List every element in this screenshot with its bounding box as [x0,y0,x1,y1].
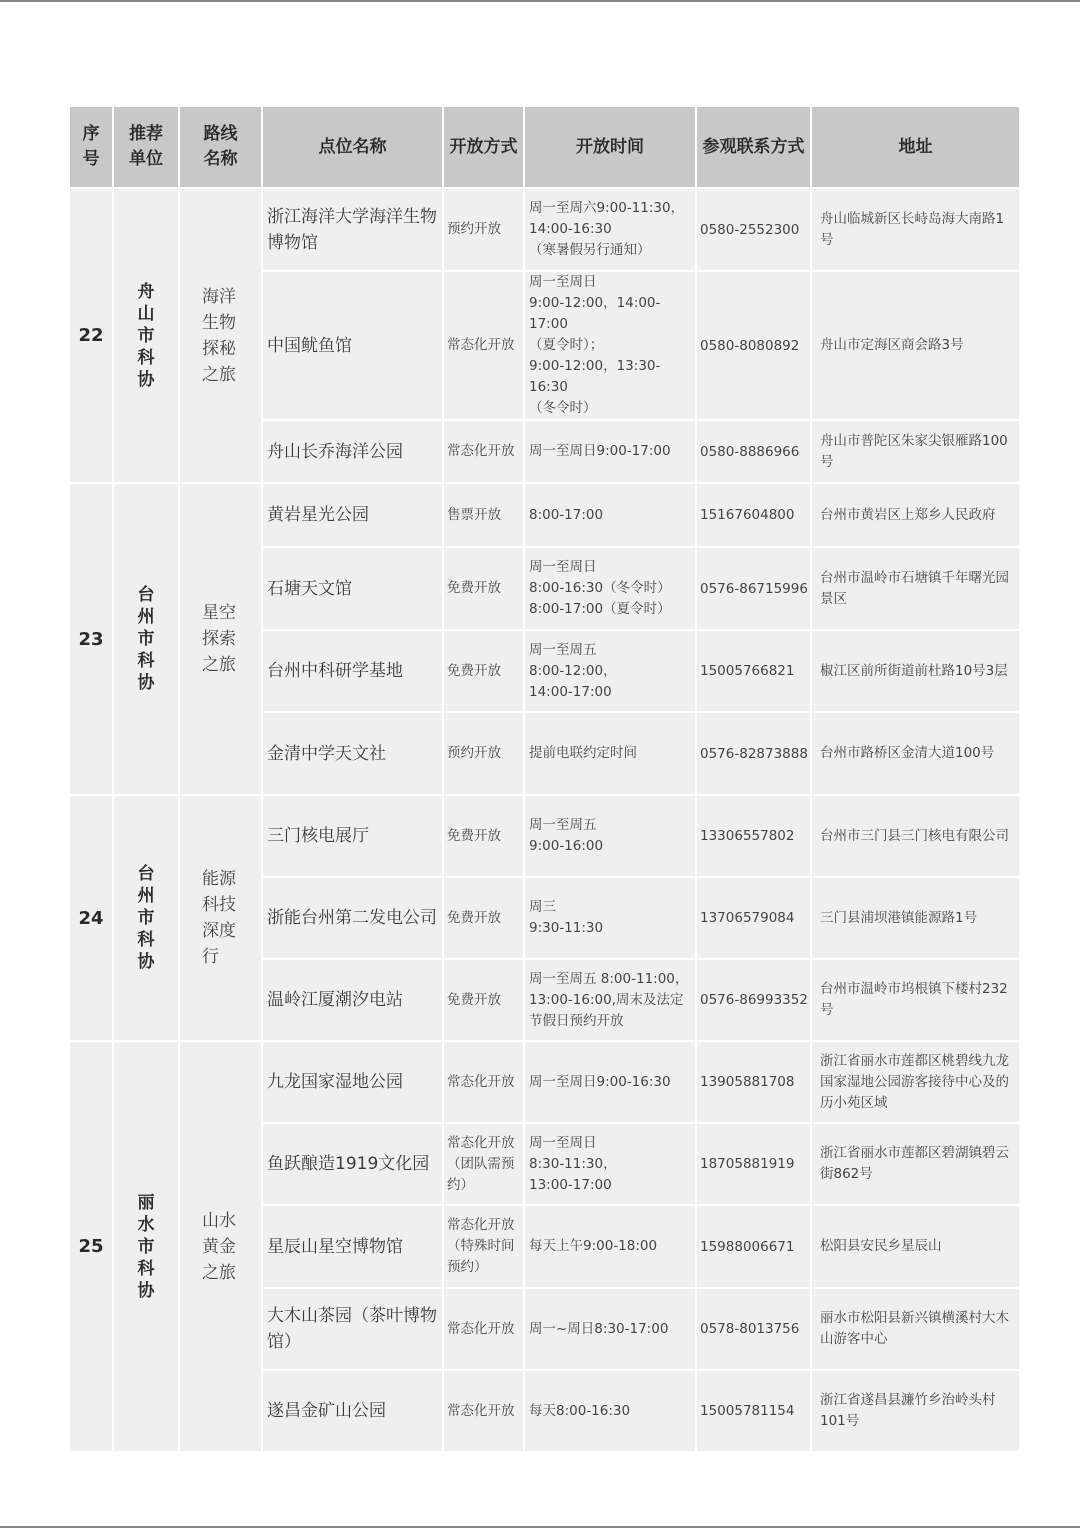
address: 浙江省丽水市莲都区桃碧线九龙国家湿地公园游客接待中心及的历小苑区域 [811,1041,1020,1123]
address: 舟山市普陀区朱家尖银雁路100号 [811,420,1020,483]
seq-cell: 24 [69,795,113,1041]
open-time: 周一至周五 8:00-12:00， 14:00-17:00 [524,630,696,712]
table-header-row: 序号 推荐单位 路线名称 点位名称 开放方式 开放时间 参观联系方式 地址 [69,106,1020,188]
route-cell: 海洋生物探秘之旅 [179,188,262,483]
seq-cell: 23 [69,483,113,795]
address: 三门县浦坝港镇能源路1号 [811,877,1020,959]
contact-phone: 15988006671 [696,1205,811,1288]
address: 台州市路桥区金清大道100号 [811,712,1020,795]
site-name: 大木山茶园（茶叶博物馆） [262,1288,443,1370]
open-mode: 常态化开放 [443,1041,524,1123]
open-time: 周一至周五 9:00-16:00 [524,795,696,877]
header-unit: 推荐单位 [113,106,179,188]
address: 松阳县安民乡星辰山 [811,1205,1020,1288]
open-mode: 预约开放 [443,712,524,795]
header-contact: 参观联系方式 [696,106,811,188]
site-name: 中国鱿鱼馆 [262,271,443,420]
site-name: 黄岩星光公园 [262,483,443,547]
open-time: 周一~周日8:30-17:00 [524,1288,696,1370]
address: 浙江省遂昌县濂竹乡治岭头村101号 [811,1370,1020,1452]
contact-phone: 13905881708 [696,1041,811,1123]
address: 椒江区前所街道前杜路10号3层 [811,630,1020,712]
open-mode: 常态化开放 [443,1288,524,1370]
route-cell: 星空探索之旅 [179,483,262,795]
contact-phone: 18705881919 [696,1123,811,1205]
address: 台州市温岭市坞根镇下楼村232号 [811,959,1020,1041]
header-site: 点位名称 [262,106,443,188]
open-mode: 免费开放 [443,795,524,877]
header-seq: 序号 [69,106,113,188]
open-time: 每天上午9:00-18:00 [524,1205,696,1288]
open-mode: 常态化开放 [443,271,524,420]
site-name: 石塘天文馆 [262,547,443,630]
contact-phone: 13306557802 [696,795,811,877]
open-mode: 常态化开放 [443,1370,524,1452]
site-name: 浙能台州第二发电公司 [262,877,443,959]
header-time: 开放时间 [524,106,696,188]
open-time: 周一至周日 9:00-12:00，14:00-17:00 （夏令时）； 9:00… [524,271,696,420]
site-name: 三门核电展厅 [262,795,443,877]
address: 台州市温岭市石塘镇千年曙光园景区 [811,547,1020,630]
open-mode: 常态化开放（团队需预约） [443,1123,524,1205]
table-row: 24 台州市科协 能源科技深度行 三门核电展厅 免费开放 周一至周五 9:00-… [69,795,1020,877]
contact-phone: 13706579084 [696,877,811,959]
address: 舟山临城新区长峙岛海大南路1号 [811,188,1020,271]
open-mode: 售票开放 [443,483,524,547]
unit-cell: 丽水市科协 [113,1041,179,1452]
route-cell: 能源科技深度行 [179,795,262,1041]
header-mode: 开放方式 [443,106,524,188]
table-row: 23 台州市科协 星空探索之旅 黄岩星光公园 售票开放 8:00-17:00 1… [69,483,1020,547]
contact-phone: 15167604800 [696,483,811,547]
open-time: 每天8:00-16:30 [524,1370,696,1452]
header-route: 路线名称 [179,106,262,188]
open-mode: 免费开放 [443,877,524,959]
science-tour-table: 序号 推荐单位 路线名称 点位名称 开放方式 开放时间 参观联系方式 地址 22… [68,105,1021,1453]
contact-phone: 0580-8080892 [696,271,811,420]
site-name: 浙江海洋大学海洋生物博物馆 [262,188,443,271]
contact-phone: 0580-8886966 [696,420,811,483]
open-time: 周一至周日 8:30-11:30， 13:00-17:00 [524,1123,696,1205]
open-time: 提前电联约定时间 [524,712,696,795]
open-time: 周一至周日 8:00-16:30（冬令时） 8:00-17:00（夏令时） [524,547,696,630]
address: 丽水市松阳县新兴镇横溪村大木山游客中心 [811,1288,1020,1370]
contact-phone: 0578-8013756 [696,1288,811,1370]
page-top-border [0,0,1080,2]
seq-cell: 25 [69,1041,113,1452]
site-name: 星辰山星空博物馆 [262,1205,443,1288]
open-mode: 免费开放 [443,547,524,630]
site-name: 台州中科研学基地 [262,630,443,712]
open-mode: 常态化开放 [443,420,524,483]
open-time: 周一至周日9:00-16:30 [524,1041,696,1123]
open-time: 周三 9:30-11:30 [524,877,696,959]
address: 台州市三门县三门核电有限公司 [811,795,1020,877]
open-time: 周一至周日9:00-17:00 [524,420,696,483]
site-name: 温岭江厦潮汐电站 [262,959,443,1041]
contact-phone: 0576-82873888 [696,712,811,795]
route-cell: 山水黄金之旅 [179,1041,262,1452]
open-mode: 免费开放 [443,959,524,1041]
open-time: 周一至周五 8:00-11:00， 13:00-16:00,周末及法定 节假日预… [524,959,696,1041]
open-time: 周一至周六9:00-11:30， 14:00-16:30 （寒暑假另行通知） [524,188,696,271]
header-address: 地址 [811,106,1020,188]
contact-phone: 15005781154 [696,1370,811,1452]
unit-cell: 台州市科协 [113,483,179,795]
unit-cell: 台州市科协 [113,795,179,1041]
address: 台州市黄岩区上郑乡人民政府 [811,483,1020,547]
contact-phone: 15005766821 [696,630,811,712]
seq-cell: 22 [69,188,113,483]
site-name: 金清中学天文社 [262,712,443,795]
address: 舟山市定海区商会路3号 [811,271,1020,420]
contact-phone: 0576-86715996 [696,547,811,630]
table-row: 22 舟山市科协 海洋生物探秘之旅 浙江海洋大学海洋生物博物馆 预约开放 周一至… [69,188,1020,271]
open-time: 8:00-17:00 [524,483,696,547]
contact-phone: 0580-2552300 [696,188,811,271]
site-name: 舟山长乔海洋公园 [262,420,443,483]
site-name: 遂昌金矿山公园 [262,1370,443,1452]
address: 浙江省丽水市莲都区碧湖镇碧云街862号 [811,1123,1020,1205]
contact-phone: 0576-86993352 [696,959,811,1041]
open-mode: 常态化开放（特殊时间预约） [443,1205,524,1288]
table-row: 25 丽水市科协 山水黄金之旅 九龙国家湿地公园 常态化开放 周一至周日9:00… [69,1041,1020,1123]
open-mode: 免费开放 [443,630,524,712]
open-mode: 预约开放 [443,188,524,271]
unit-cell: 舟山市科协 [113,188,179,483]
site-name: 鱼跃酿造1919文化园 [262,1123,443,1205]
site-name: 九龙国家湿地公园 [262,1041,443,1123]
